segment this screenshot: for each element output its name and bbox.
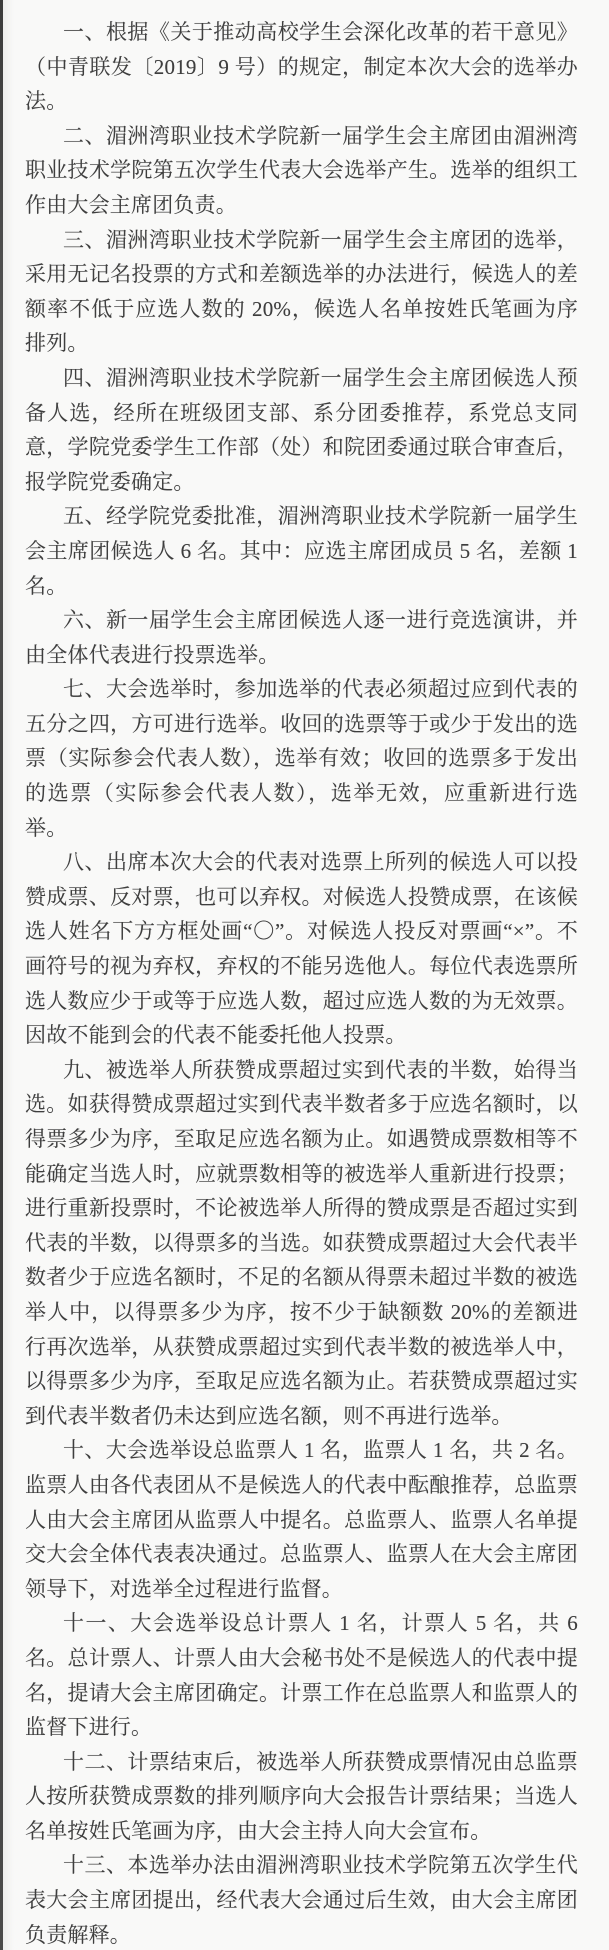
paragraph: 八、出席本次大会的代表对选票上所列的候选人可以投赞成票、反对票，也可以弃权。对候… bbox=[25, 845, 578, 1053]
paragraph: 十一、大会选举设总计票人 1 名，计票人 5 名，共 6 名。总计票人、计票人由… bbox=[25, 1606, 578, 1744]
document-page: 一、根据《关于推动高校学生会深化改革的若干意见》（中青联发〔2019〕9 号）的… bbox=[0, 0, 609, 1950]
paragraph: 三、湄洲湾职业技术学院新一届学生会主席团的选举，采用无记名投票的方式和差额选举的… bbox=[25, 223, 578, 361]
paragraph: 六、新一届学生会主席团候选人逐一进行竞选演讲，并由全体代表进行投票选举。 bbox=[25, 603, 578, 672]
left-scan-edge bbox=[0, 0, 3, 1950]
paragraph: 五、经学院党委批准，湄洲湾职业技术学院新一届学生会主席团候选人 6 名。其中：应… bbox=[25, 499, 578, 603]
document-body: 一、根据《关于推动高校学生会深化改革的若干意见》（中青联发〔2019〕9 号）的… bbox=[25, 15, 578, 1950]
paragraph: 十二、计票结束后，被选举人所获赞成票情况由总监票人按所获赞成票数的排列顺序向大会… bbox=[25, 1745, 578, 1849]
paragraph: 四、湄洲湾职业技术学院新一届学生会主席团候选人预备人选，经所在班级团支部、系分团… bbox=[25, 361, 578, 499]
paragraph: 二、湄洲湾职业技术学院新一届学生会主席团由湄洲湾职业技术学院第五次学生代表大会选… bbox=[25, 119, 578, 223]
paragraph: 七、大会选举时，参加选举的代表必须超过应到代表的五分之四，方可进行选举。收回的选… bbox=[25, 672, 578, 845]
paragraph: 九、被选举人所获赞成票超过实到代表的半数，始得当选。如获得赞成票超过实到代表半数… bbox=[25, 1053, 578, 1434]
paragraph: 十三、本选举办法由湄洲湾职业技术学院第五次学生代表大会主席团提出，经代表大会通过… bbox=[25, 1848, 578, 1950]
paragraph: 十、大会选举设总监票人 1 名，监票人 1 名，共 2 名。监票人由各代表团从不… bbox=[25, 1433, 578, 1606]
paragraph: 一、根据《关于推动高校学生会深化改革的若干意见》（中青联发〔2019〕9 号）的… bbox=[25, 15, 578, 119]
